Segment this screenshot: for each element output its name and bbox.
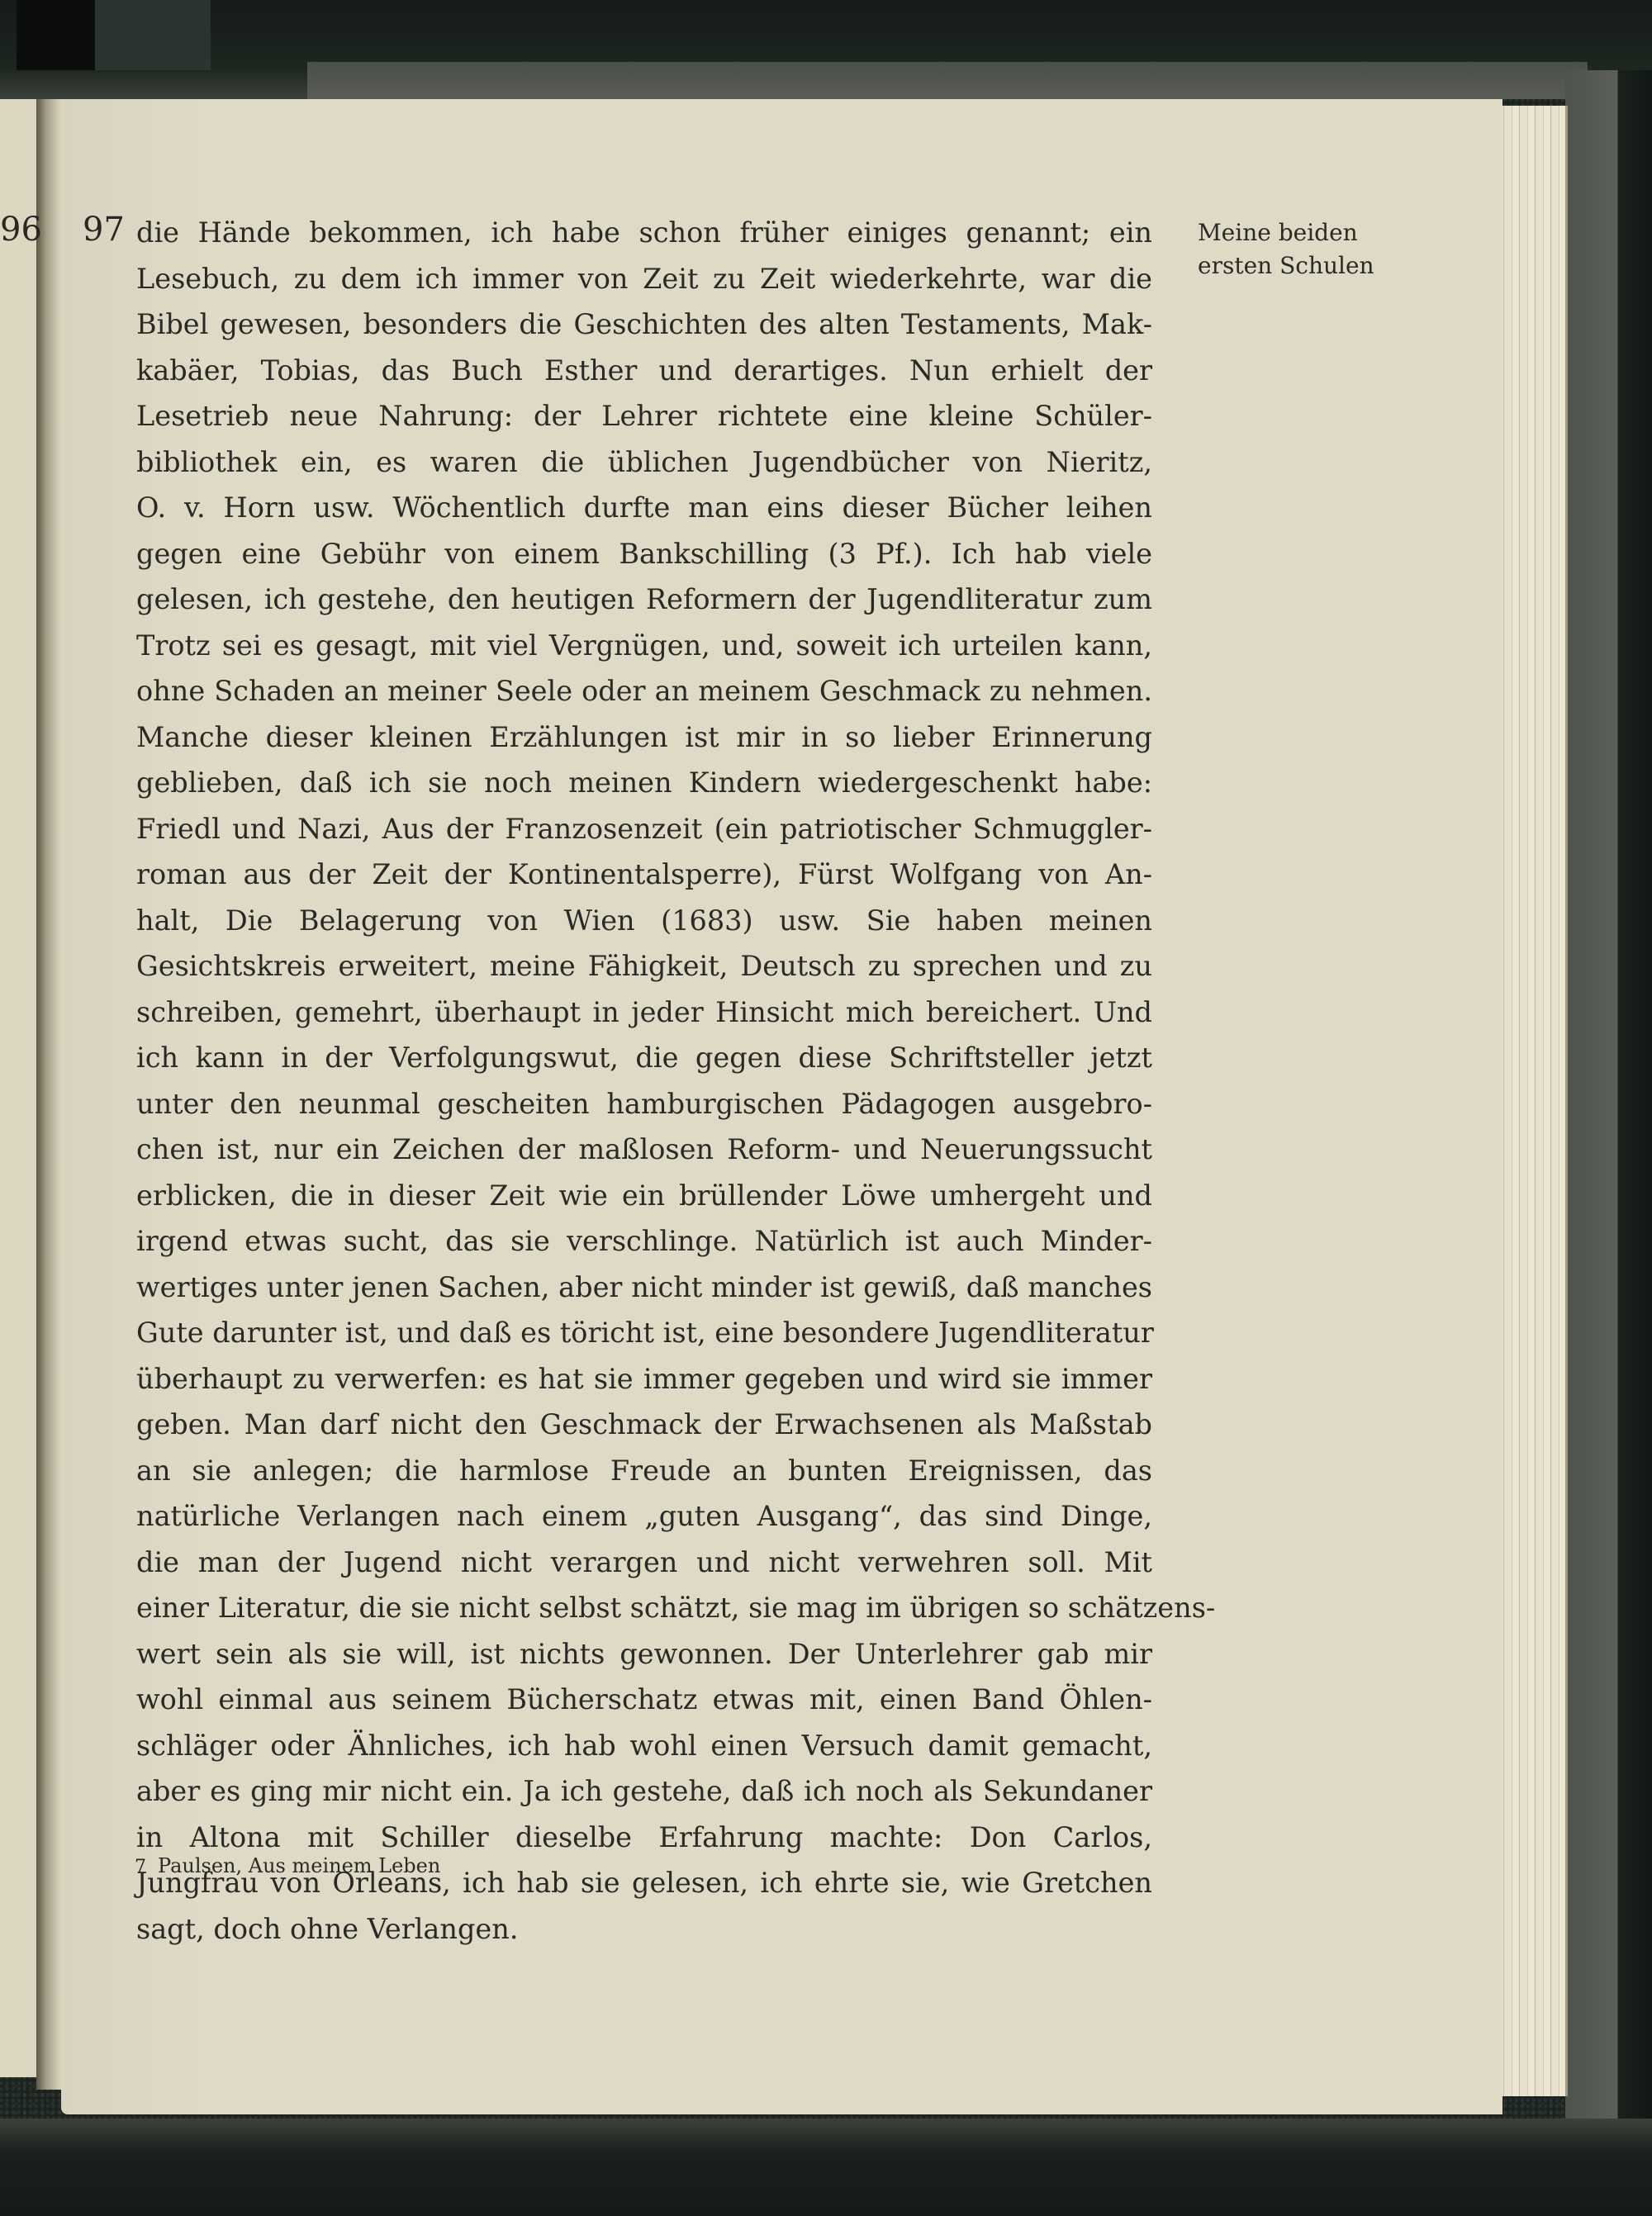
text-line: die man der Jugend nicht verargen und ni… [136,1540,1152,1586]
text-line: Lesebuch, zu dem ich immer von Zeit zu Z… [136,256,1152,302]
text-line: bibliothek ein, es waren die üblichen Ju… [136,439,1152,486]
body-text: die Hände bekommen, ich habe schon frühe… [136,210,1152,1952]
text-line: natürliche Verlangen nach einem „guten A… [136,1493,1152,1540]
text-line: kabäer, Tobias, das Buch Esther und dera… [136,348,1152,394]
marginal-note: Meine beiden ersten Schulen [1198,216,1404,282]
book-cover-right [1565,70,1652,2119]
text-line: roman aus der Zeit der Kontinentalsperre… [136,852,1152,898]
text-line: erblicken, die in dieser Zeit wie ein br… [136,1173,1152,1219]
text-line: gegen eine Gebühr von einem Bankschillin… [136,531,1152,577]
signature-number: 7 [135,1857,146,1877]
text-line: schreiben, gemehrt, überhaupt in jeder H… [136,989,1152,1036]
text-line: in Altona mit Schiller dieselbe Erfahrun… [136,1815,1152,1861]
text-line: Gute darunter ist, und daß es töricht is… [136,1310,1152,1356]
book-gutter [36,99,61,2090]
text-line: ich kann in der Verfolgungswut, die gege… [136,1035,1152,1081]
text-line: aber es ging mir nicht ein. Ja ich geste… [136,1768,1152,1815]
text-line: einer Literatur, die sie nicht selbst sc… [136,1585,1152,1631]
page-number: 97 [83,211,125,249]
text-line: Gesichtskreis erweitert, meine Fähigkeit… [136,943,1152,989]
text-line: unter den neunmal gescheiten hamburgisch… [136,1081,1152,1127]
marginal-note-line: ersten Schulen [1198,249,1404,282]
book-cover-strip [95,0,211,70]
book-cover-edge [307,62,1588,99]
text-line: Lesetrieb neue Nahrung: der Lehrer richt… [136,393,1152,439]
book-cover-strip [17,0,95,70]
book-cover-bottom [0,2119,1652,2216]
text-line: geblieben, daß ich sie noch meinen Kinde… [136,760,1152,806]
text-line: Manche dieser kleinen Erzählungen ist mi… [136,714,1152,761]
text-line: ohne Schaden an meiner Seele oder an mei… [136,668,1152,714]
text-line: wohl einmal aus seinem Bücherschatz etwa… [136,1677,1152,1723]
text-line: O. v. Horn usw. Wöchentlich durfte man e… [136,485,1152,531]
text-line: chen ist, nur ein Zeichen der maßlosen R… [136,1127,1152,1173]
text-line: Trotz sei es gesagt, mit viel Vergnügen,… [136,623,1152,669]
previous-page-number: 96 [0,211,30,249]
text-line: wert sein als sie will, ist nichts gewon… [136,1631,1152,1677]
text-line: sagt, doch ohne Verlangen. [136,1906,1152,1953]
text-line: Friedl und Nazi, Aus der Franzosenzeit (… [136,806,1152,852]
marginal-note-line: Meine beiden [1198,216,1404,249]
text-line: wertiges unter jenen Sachen, aber nicht … [136,1265,1152,1311]
text-line: die Hände bekommen, ich habe schon frühe… [136,210,1152,256]
text-line: irgend etwas sucht, das sie verschlinge.… [136,1218,1152,1265]
text-line: an sie anlegen; die harmlose Freude an b… [136,1448,1152,1494]
text-line: schläger oder Ähnliches, ich hab wohl ei… [136,1723,1152,1769]
text-line: geben. Man darf nicht den Geschmack der … [136,1402,1152,1448]
printer-signature: 7Paulsen, Aus meinem Leben [135,1854,440,1877]
previous-page-edge [0,99,36,2077]
text-line: gelesen, ich gestehe, den heutigen Refor… [136,577,1152,623]
text-line: halt, Die Belagerung von Wien (1683) usw… [136,898,1152,944]
text-line: Bibel gewesen, besonders die Geschichten… [136,301,1152,348]
text-line: überhaupt zu verwerfen: es hat sie immer… [136,1356,1152,1402]
signature-text: Paulsen, Aus meinem Leben [158,1854,440,1877]
